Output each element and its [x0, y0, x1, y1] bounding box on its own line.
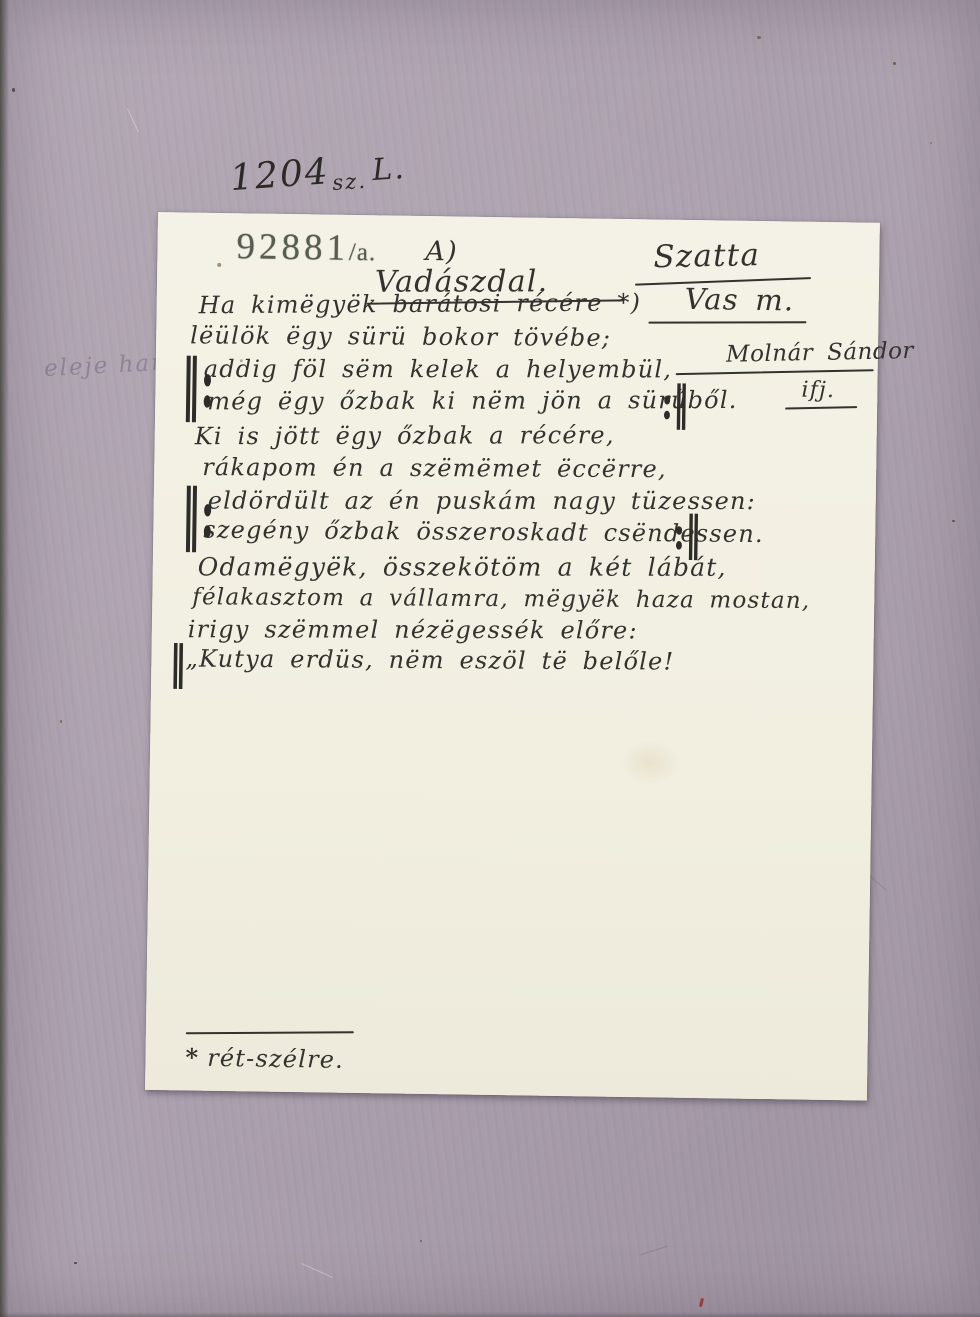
speck [757, 36, 761, 39]
footnote-rule [186, 1031, 354, 1034]
speck [699, 1298, 704, 1307]
speck [12, 88, 15, 92]
verse-line: addig föl sëm kelek a helyembül, [204, 357, 672, 381]
scan-bottom-edge [0, 1312, 980, 1317]
stanza-3: Odamëgyëk, összekötöm a két lábát, félak… [158, 212, 880, 223]
verse-line: még ëgy őzbak ki nëm jön a sürűből. [207, 388, 737, 413]
repeat-open-mark: ‖: [181, 480, 215, 547]
verse-line: „Kutya erdüs, nëm eszöl të belőle! [185, 647, 674, 674]
collector-underline [676, 369, 874, 375]
collector-name: Molnár Sándor [726, 338, 914, 368]
stanza-1: Ha kimëgyëk barátosi récére *) lëülök ëg… [158, 212, 880, 223]
scanned-manuscript-page: 1204sz.L. eleje hamis } 92881/a. A) Vadá… [0, 0, 980, 1317]
archival-number-unit: sz. [332, 169, 368, 195]
repeat-open-mark: ‖: [181, 350, 215, 417]
speck [952, 520, 955, 522]
speck [420, 1240, 422, 1242]
archival-number-note: 1204sz.L. [229, 146, 407, 199]
manuscript-sheet: 92881/a. A) Vadászdal. Szatta Vas m. Mol… [145, 212, 880, 1101]
verse-line: Ha kimëgyëk barátosi récére *) [199, 291, 642, 318]
footnote-marker: * [185, 1043, 199, 1072]
verse-line: Odamëgyëk, összekötöm a két lábát, [198, 554, 727, 579]
catalog-stamp-suffix: /a. [349, 239, 377, 266]
footnote-text: rét-szélre. [207, 1044, 344, 1074]
paper-stain [620, 739, 681, 786]
footnote: *rét-szélre. [185, 1043, 344, 1074]
verse-line: irigy szëmmel nézëgessék előre: [188, 617, 638, 642]
repeat-open-mark: ‖ [169, 640, 187, 686]
paper-fiber [301, 1263, 332, 1278]
place-name: Szatta [653, 237, 760, 275]
speck [74, 1262, 77, 1264]
stanza-2: Ki is jött ëgy őzbak a récére, rákapom é… [158, 212, 880, 223]
county-underline [648, 321, 806, 323]
archival-number: 1204 [229, 151, 331, 199]
verse-line: Ki is jött ëgy őzbak a récére, [195, 423, 615, 448]
speck [893, 62, 896, 65]
paper-fiber [641, 1246, 668, 1256]
collector-suffix-underline [785, 406, 857, 409]
catalog-stamp-number: 92881 [236, 226, 349, 269]
speck [930, 142, 932, 144]
collector-suffix: ifj. [801, 378, 835, 403]
verse-line: félakasztom a vállamra, mëgyëk haza most… [192, 586, 810, 613]
verse-line: rákapom én a szëmëmet ëccërre, [202, 455, 667, 481]
repeat-close-mark: :‖ [661, 379, 689, 426]
archival-number-letter: L. [371, 151, 407, 188]
verse-line: lëülök ëgy sürü bokor tövébe; [190, 323, 611, 350]
repeat-close-mark: :‖ [673, 510, 701, 557]
county-name: Vas m. [685, 282, 795, 318]
section-label: A) [425, 236, 458, 267]
paper-fiber [127, 109, 139, 133]
speck [217, 263, 221, 267]
scan-left-edge [0, 0, 9, 1317]
catalog-stamp: 92881/a. [236, 225, 376, 270]
speck [60, 720, 62, 723]
